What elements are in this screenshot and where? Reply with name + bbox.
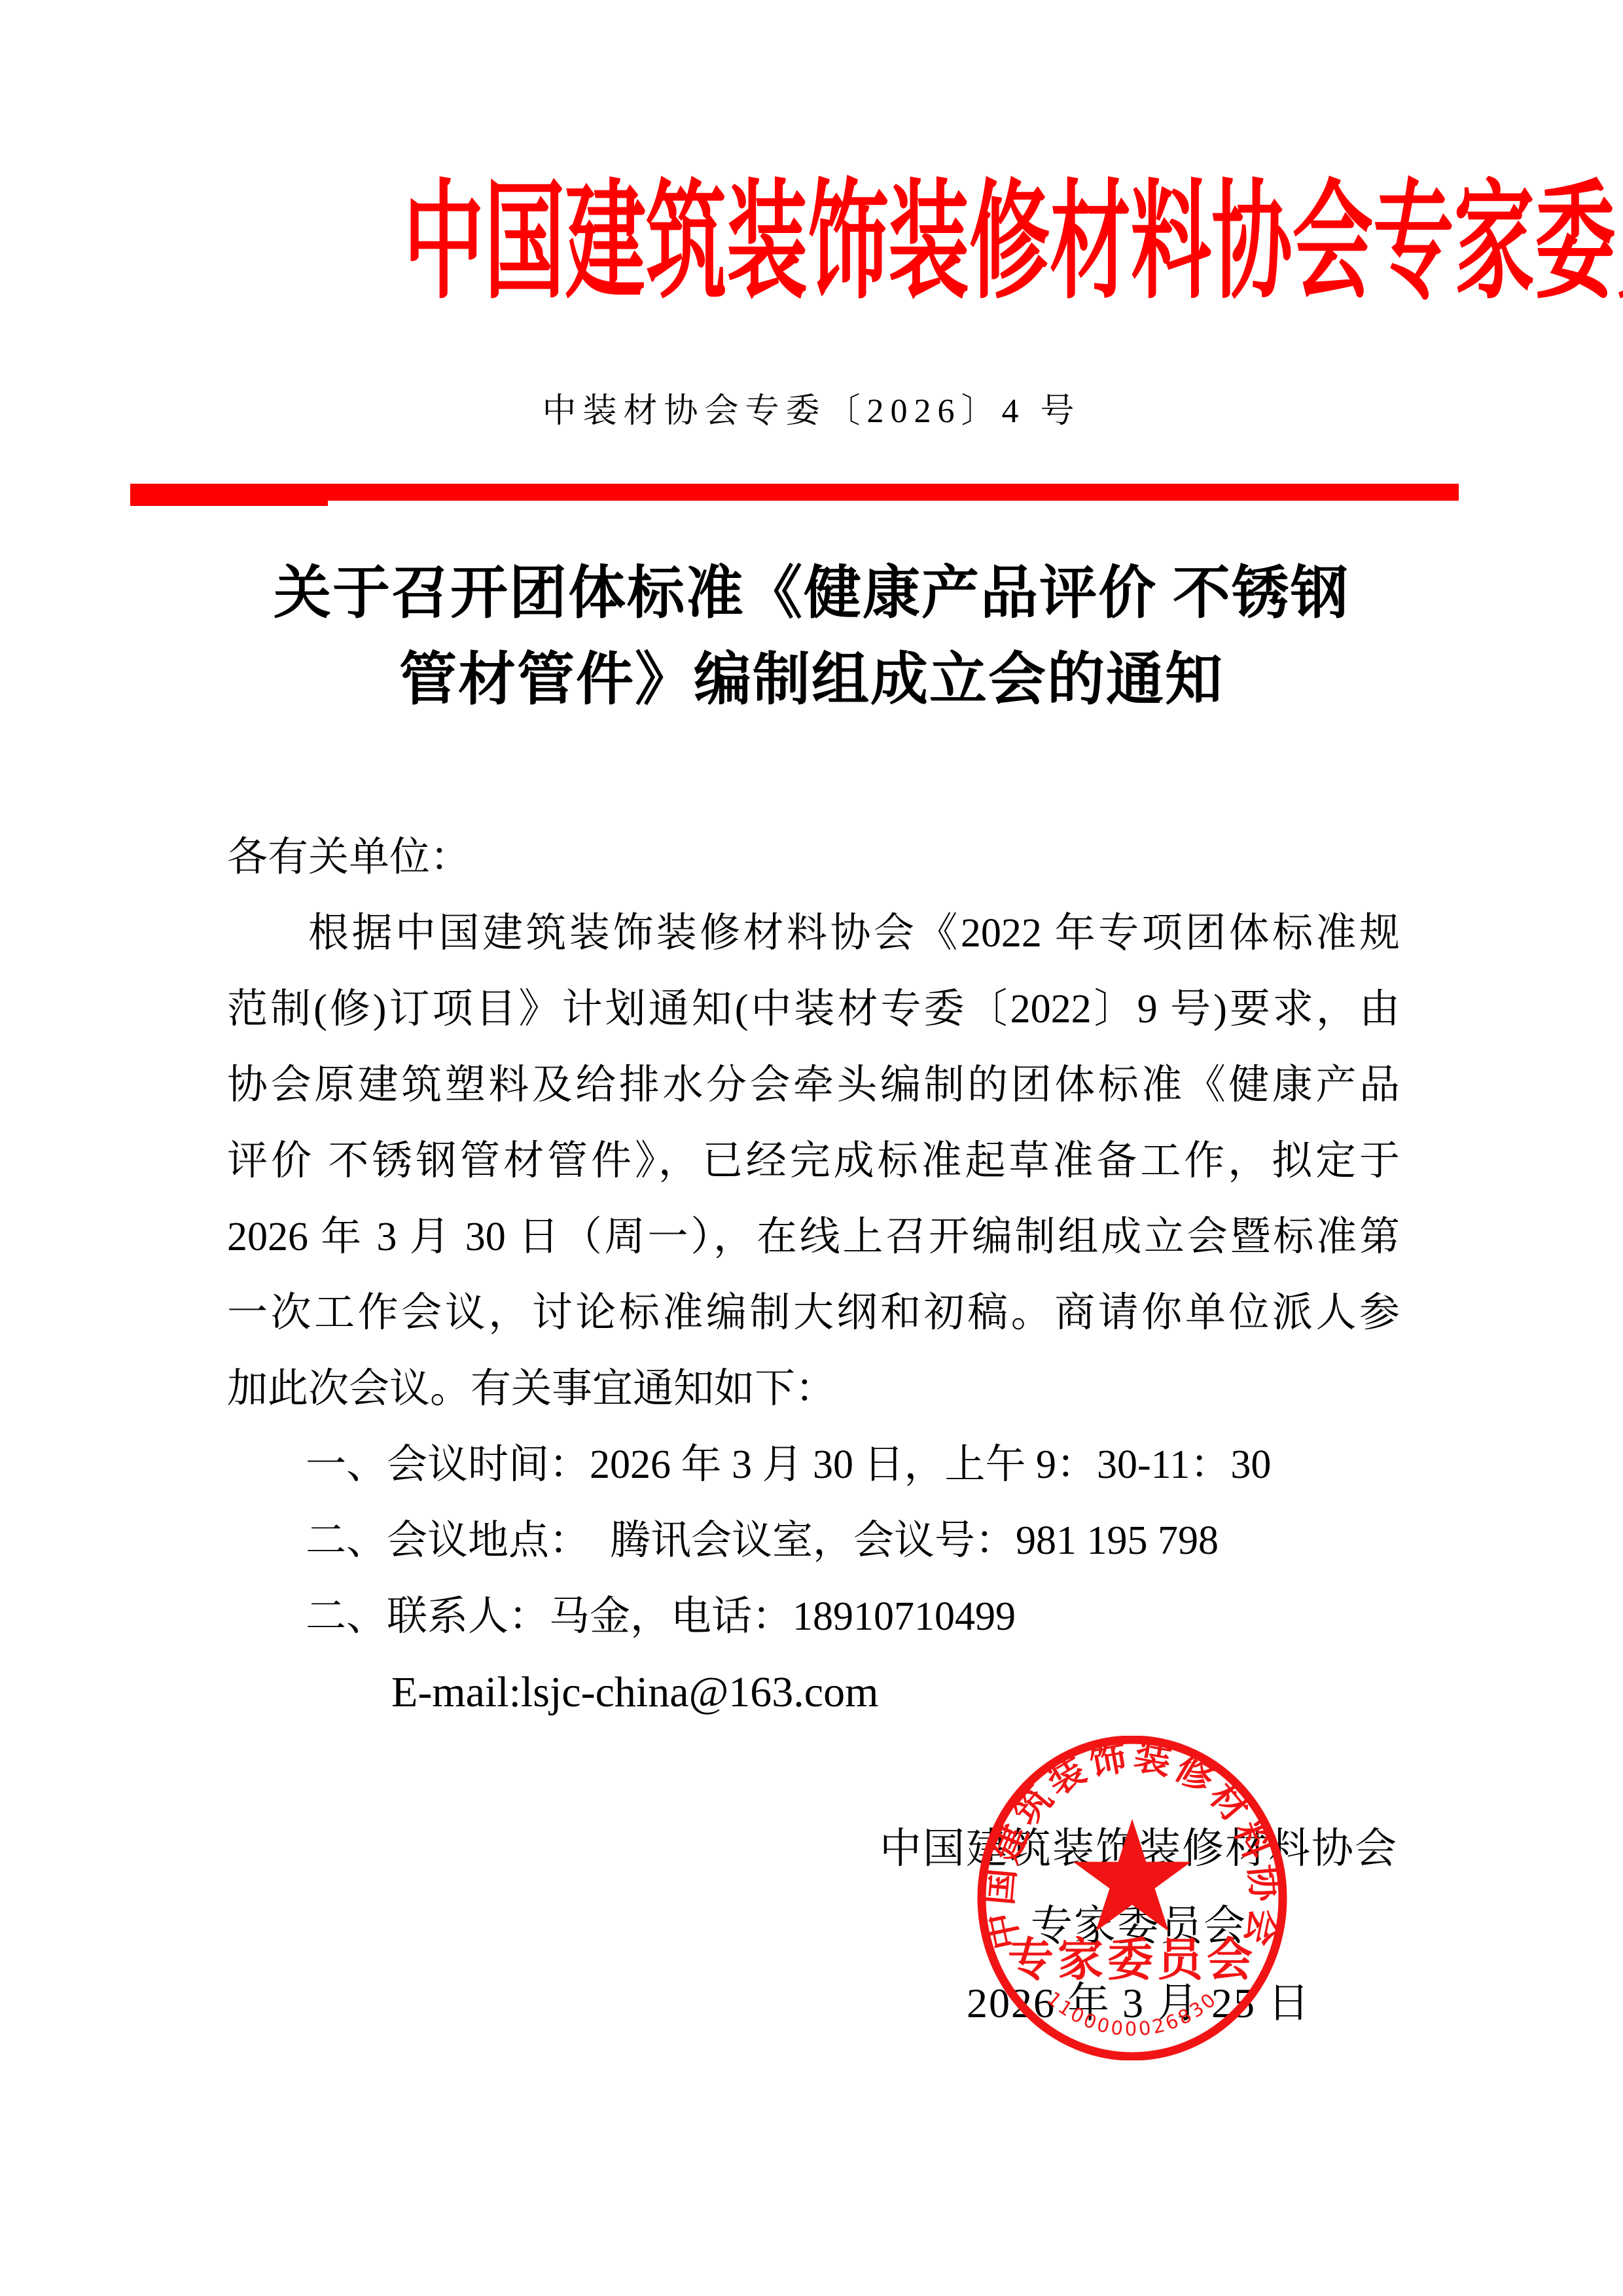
contact-email: E-mail:lsjc-china@163.com — [227, 1655, 1400, 1731]
letterhead-title: 中国建筑装饰装修材料协会专家委员会 — [0, 171, 1623, 315]
red-divider-accent — [130, 484, 328, 506]
paragraph-line: 根据中国建筑装饰装修材料协会《2022 年专项团体标准规 — [227, 895, 1400, 971]
official-seal: 中国建筑装饰装修材料协会 专家委员会 1100000026830 — [974, 1736, 1291, 2060]
notice-title-line2: 管材管件》编制组成立会的通知 — [0, 637, 1623, 724]
paragraph-line: 加此次会议。有关事宜通知如下： — [227, 1351, 1400, 1427]
seal-center-text: 专家委员会 — [1008, 1935, 1257, 1986]
meeting-time-item: 一、会议时间：2026 年 3 月 30 日，上午 9：30-11：30 — [227, 1427, 1400, 1503]
official-notice-page: 中国建筑装饰装修材料协会专家委员会 中装材协会专委〔2026〕4 号 关于召开团… — [0, 0, 1623, 2296]
paragraph-line: 协会原建筑塑料及给排水分会牵头编制的团体标准《健康产品 — [227, 1047, 1400, 1123]
document-number: 中装材协会专委〔2026〕4 号 — [0, 389, 1623, 435]
seal-code-number: 1100000026830 — [1043, 1987, 1222, 2040]
notice-title: 关于召开团体标准《健康产品评价 不锈钢 管材管件》编制组成立会的通知 — [0, 551, 1623, 724]
contact-person-item: 二、联系人：马金，电话：18910710499 — [227, 1579, 1400, 1655]
letterhead-title-text: 中国建筑装饰装修材料协会专家委员会 — [403, 171, 1623, 315]
notice-body: 各有关单位： 根据中国建筑装饰装修材料协会《2022 年专项团体标准规 范制(修… — [227, 819, 1400, 1731]
paragraph-line: 2026 年 3 月 30 日（周一），在线上召开编制组成立会暨标准第 — [227, 1199, 1400, 1275]
salutation: 各有关单位： — [227, 819, 1400, 895]
red-divider-line — [130, 484, 1459, 501]
seal-star-icon — [1073, 1819, 1192, 1931]
paragraph-line: 范制(修)订项目》计划通知(中装材专委〔2022〕9 号)要求，由 — [227, 971, 1400, 1047]
paragraph-line: 评价 不锈钢管材管件》，已经完成标准起草准备工作，拟定于 — [227, 1123, 1400, 1199]
meeting-place-item: 二、会议地点： 腾讯会议室，会议号：981 195 798 — [227, 1503, 1400, 1579]
notice-title-line1: 关于召开团体标准《健康产品评价 不锈钢 — [0, 551, 1623, 637]
paragraph-line: 一次工作会议，讨论标准编制大纲和初稿。商请你单位派人参 — [227, 1275, 1400, 1351]
